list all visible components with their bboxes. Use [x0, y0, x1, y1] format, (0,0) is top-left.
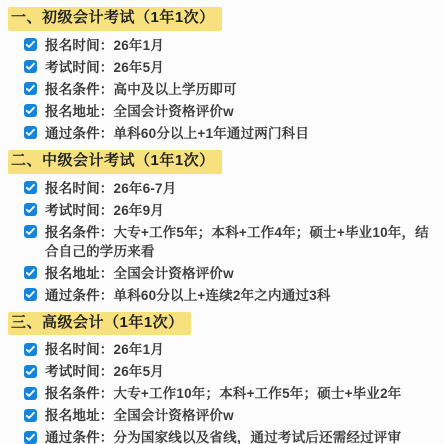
checked-checkbox-icon[interactable]: [24, 181, 37, 194]
item-label: 考试时间：: [45, 203, 114, 218]
item-value: 全国会计资格评价w: [114, 408, 234, 423]
checklist: 报名时间：26年1月 考试时间：26年5月 报名条件：大专+工作10年；本科+工…: [8, 340, 438, 444]
checklist-item: 考试时间：26年5月: [24, 58, 438, 77]
item-value: 26年6-7月: [114, 181, 177, 196]
item-value: 26年5月: [114, 364, 165, 379]
item-text: 考试时间：26年5月: [45, 362, 166, 381]
note-body: 一、初级会计考试（1年1次） 报名时间：26年1月 考试时间：26年5月: [0, 0, 444, 444]
item-value: 单科60分以上+1年通过两门科目: [114, 126, 310, 141]
item-text: 考试时间：26年9月: [45, 201, 166, 220]
checked-checkbox-icon[interactable]: [24, 82, 37, 95]
checklist: 报名时间：26年6-7月 考试时间：26年9月 报名条件：大专+工作5年；本科+…: [8, 179, 438, 305]
checked-checkbox-icon[interactable]: [24, 288, 37, 301]
checked-checkbox-icon[interactable]: [24, 409, 37, 422]
checklist-item: 通过条件：分为国家线以及省线，通过考试后还需经过评审: [24, 428, 438, 444]
item-text: 报名条件：大专+工作10年；本科+工作5年；硕士+毕业2年: [45, 384, 403, 403]
section-title: 三、高级会计（1年1次）: [8, 312, 191, 336]
checklist-item: 报名地址：全国会计资格评价w: [24, 102, 438, 121]
item-text: 报名条件：大专+工作5年；本科+工作4年；硕士+毕业10年，结合自己的学历来看: [45, 223, 438, 261]
item-label: 报名地址：: [45, 266, 114, 281]
item-text: 考试时间：26年5月: [45, 58, 166, 77]
checklist-item: 通过条件：单科60分以上+连续2年之内通过3科: [24, 286, 438, 305]
checklist-item: 报名时间：26年1月: [24, 36, 438, 55]
item-label: 报名条件：: [45, 82, 114, 97]
checked-checkbox-icon[interactable]: [24, 266, 37, 279]
checklist-item: 报名条件：大专+工作10年；本科+工作5年；硕士+毕业2年: [24, 384, 438, 403]
item-label: 报名地址：: [45, 104, 114, 119]
item-label: 通过条件：: [45, 288, 114, 303]
item-text: 报名时间：26年1月: [45, 36, 166, 55]
item-label: 报名时间：: [45, 181, 114, 196]
checked-checkbox-icon[interactable]: [24, 387, 37, 400]
item-text: 报名时间：26年6-7月: [45, 179, 178, 198]
checked-checkbox-icon[interactable]: [24, 104, 37, 117]
item-text: 通过条件：分为国家线以及省线，通过考试后还需经过评审: [45, 428, 403, 444]
item-label: 考试时间：: [45, 60, 114, 75]
checklist: 报名时间：26年1月 考试时间：26年5月 报名条件：高中及以上学历即可: [8, 36, 438, 143]
item-label: 通过条件：: [45, 126, 114, 141]
item-text: 报名时间：26年1月: [45, 340, 166, 359]
checklist-item: 报名地址：全国会计资格评价w: [24, 264, 438, 283]
section-title: 二、中级会计考试（1年1次）: [8, 150, 222, 174]
checked-checkbox-icon[interactable]: [24, 38, 37, 51]
item-label: 通过条件：: [45, 430, 114, 444]
checked-checkbox-icon[interactable]: [24, 225, 37, 238]
item-value: 全国会计资格评价w: [114, 266, 234, 281]
checked-checkbox-icon[interactable]: [24, 431, 37, 444]
checked-checkbox-icon[interactable]: [24, 365, 37, 378]
checked-checkbox-icon[interactable]: [24, 203, 37, 216]
item-label: 报名条件：: [45, 225, 114, 240]
item-value: 26年1月: [114, 342, 165, 357]
item-value: 26年9月: [114, 203, 165, 218]
checklist-item: 报名地址：全国会计资格评价w: [24, 406, 438, 425]
item-text: 报名地址：全国会计资格评价w: [45, 102, 236, 121]
checked-checkbox-icon[interactable]: [24, 343, 37, 356]
checklist-item: 考试时间：26年5月: [24, 362, 438, 381]
checklist-item: 报名时间：26年6-7月: [24, 179, 438, 198]
item-value: 大专+工作10年；本科+工作5年；硕士+毕业2年: [114, 386, 402, 401]
item-text: 报名地址：全国会计资格评价w: [45, 406, 236, 425]
exam-section: 三、高级会计（1年1次） 报名时间：26年1月 考试时间：26年5月: [8, 312, 438, 444]
item-value: 高中及以上学历即可: [114, 82, 237, 97]
item-label: 报名时间：: [45, 38, 114, 53]
item-value: 单科60分以上+连续2年之内通过3科: [114, 288, 331, 303]
exam-section: 二、中级会计考试（1年1次） 报名时间：26年6-7月 考试时间：26年9月: [8, 150, 438, 305]
section-title: 一、初级会计考试（1年1次）: [8, 7, 222, 31]
checklist-item: 报名条件：高中及以上学历即可: [24, 80, 438, 99]
item-label: 报名时间：: [45, 342, 114, 357]
checklist-item: 通过条件：单科60分以上+1年通过两门科目: [24, 124, 438, 143]
item-label: 报名条件：: [45, 386, 114, 401]
checked-checkbox-icon[interactable]: [24, 60, 37, 73]
item-text: 报名地址：全国会计资格评价w: [45, 264, 236, 283]
checklist-item: 考试时间：26年9月: [24, 201, 438, 220]
checked-checkbox-icon[interactable]: [24, 126, 37, 139]
checklist-item: 报名条件：大专+工作5年；本科+工作4年；硕士+毕业10年，结合自己的学历来看: [24, 223, 438, 261]
item-label: 考试时间：: [45, 364, 114, 379]
item-label: 报名地址：: [45, 408, 114, 423]
item-value: 全国会计资格评价w: [114, 104, 234, 119]
item-text: 通过条件：单科60分以上+连续2年之内通过3科: [45, 286, 333, 305]
item-text: 报名条件：高中及以上学历即可: [45, 80, 239, 99]
item-value: 26年5月: [114, 60, 165, 75]
item-value: 分为国家线以及省线，通过考试后还需经过评审: [114, 430, 402, 444]
exam-section: 一、初级会计考试（1年1次） 报名时间：26年1月 考试时间：26年5月: [8, 7, 438, 143]
item-text: 通过条件：单科60分以上+1年通过两门科目: [45, 124, 311, 143]
checklist-item: 报名时间：26年1月: [24, 340, 438, 359]
item-value: 26年1月: [114, 38, 165, 53]
